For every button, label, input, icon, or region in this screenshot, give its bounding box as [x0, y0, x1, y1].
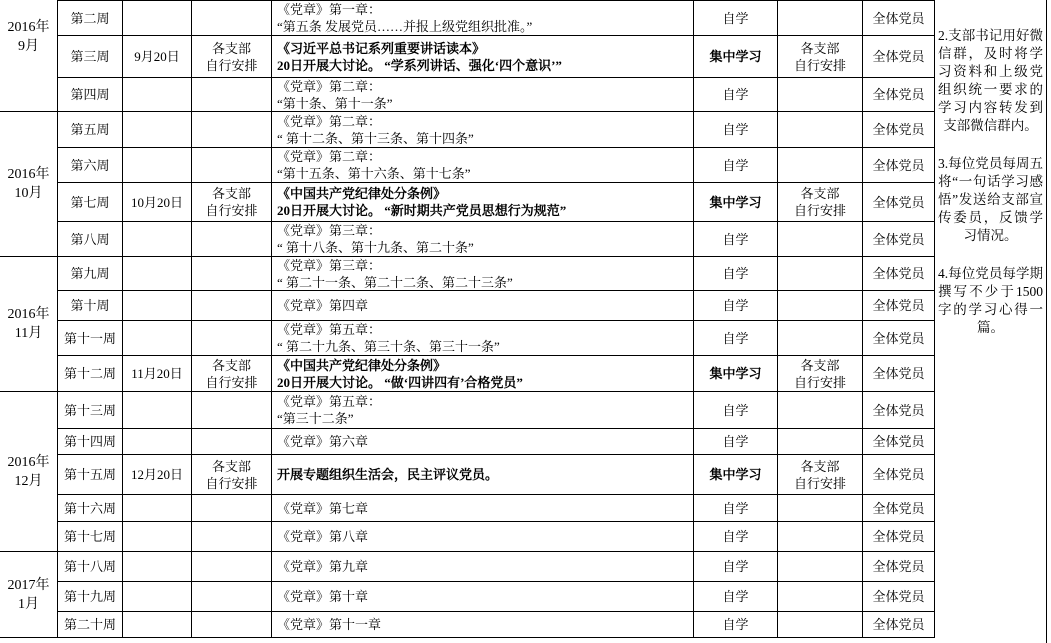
arrange2-text: 各支部 自行安排: [778, 40, 862, 74]
method-text: 自学: [694, 265, 777, 282]
month-cell: 2016年 12月: [0, 392, 57, 552]
arrange2-text: 各支部 自行安排: [778, 458, 862, 492]
arrange2-cell: [778, 321, 863, 356]
date-cell: [123, 148, 192, 183]
arrange-cell: [192, 522, 272, 552]
week-cell: 第三周: [57, 36, 123, 78]
week-cell: 第二十周: [57, 612, 123, 638]
month-label: 2016年 9月: [0, 18, 57, 56]
date-text: 12月20日: [123, 466, 191, 483]
participants-cell: 全体党员: [863, 392, 935, 429]
arrange-cell: 各支部 自行安排: [192, 36, 272, 78]
month-cell: 2016年 11月: [0, 257, 57, 392]
method-text: 自学: [694, 616, 777, 633]
participants-text: 全体党员: [863, 265, 934, 282]
participants-cell: 全体党员: [863, 183, 935, 222]
method-text: 自学: [694, 157, 777, 174]
participants-text: 全体党员: [863, 558, 934, 575]
date-cell: [123, 495, 192, 522]
participants-text: 全体党员: [863, 297, 934, 314]
method-text: 集中学习: [694, 194, 777, 211]
week-cell: 第五周: [57, 112, 123, 148]
date-cell: [123, 0, 192, 36]
participants-text: 全体党员: [863, 330, 934, 347]
month-label: 2016年 11月: [0, 305, 57, 343]
participants-cell: 全体党员: [863, 321, 935, 356]
method-cell: 自学: [694, 495, 778, 522]
note-text: 3.每位党员每周五将“一句话学习感悟”发送给支部宣传委员，反馈学习情况。: [935, 155, 1046, 245]
participants-text: 全体党员: [863, 500, 934, 517]
arrange-text: 各支部 自行安排: [192, 40, 271, 74]
arrange2-cell: [778, 222, 863, 257]
content-cell: 《中国共产党纪律处分条例》 20日开展大讨论。 “做‘四讲四有’合格党员”: [272, 356, 694, 392]
week-text: 第九周: [58, 265, 122, 282]
content-cell: 《党章》第四章: [272, 291, 694, 321]
date-cell: [123, 257, 192, 291]
arrange-cell: [192, 612, 272, 638]
participants-cell: 全体党员: [863, 522, 935, 552]
week-cell: 第十八周: [57, 552, 123, 582]
week-cell: 第六周: [57, 148, 123, 183]
arrange2-cell: [778, 291, 863, 321]
date-text: 10月20日: [123, 194, 191, 211]
participants-text: 全体党员: [863, 528, 934, 545]
arrange2-cell: [778, 112, 863, 148]
participants-cell: 全体党员: [863, 36, 935, 78]
notes-column: 2.支部书记用好微信群，及时将学习资料和上级党组织统一要求的学习内容转发到支部微…: [935, 0, 1047, 643]
participants-cell: 全体党员: [863, 582, 935, 612]
week-cell: 第十周: [57, 291, 123, 321]
month-label: 2016年 12月: [0, 453, 57, 491]
content-cell: 《党章》第二章： “第十条、第十一条”: [272, 78, 694, 112]
participants-cell: 全体党员: [863, 455, 935, 495]
month-cell: 2016年 10月: [0, 112, 57, 257]
date-cell: 11月20日: [123, 356, 192, 392]
week-text: 第十八周: [58, 558, 122, 575]
content-text: 《党章》第十一章: [277, 616, 381, 633]
method-cell: 集中学习: [694, 455, 778, 495]
week-text: 第六周: [58, 157, 122, 174]
arrange2-cell: [778, 0, 863, 36]
date-cell: [123, 112, 192, 148]
participants-cell: 全体党员: [863, 0, 935, 36]
date-cell: [123, 392, 192, 429]
method-cell: 自学: [694, 429, 778, 455]
date-cell: [123, 522, 192, 552]
arrange-cell: [192, 222, 272, 257]
arrange-cell: [192, 0, 272, 36]
date-text: 9月20日: [123, 48, 191, 65]
week-cell: 第十一周: [57, 321, 123, 356]
participants-cell: 全体党员: [863, 222, 935, 257]
method-cell: 集中学习: [694, 183, 778, 222]
week-text: 第十六周: [58, 500, 122, 517]
arrange-text: 各支部 自行安排: [192, 458, 271, 492]
week-text: 第二十周: [58, 616, 122, 633]
week-cell: 第十三周: [57, 392, 123, 429]
participants-text: 全体党员: [863, 402, 934, 419]
date-text: 11月20日: [123, 365, 191, 382]
week-text: 第十三周: [58, 402, 122, 419]
method-text: 自学: [694, 10, 777, 27]
arrange2-text: 各支部 自行安排: [778, 185, 862, 219]
arrange2-cell: 各支部 自行安排: [778, 455, 863, 495]
content-text: 《党章》第八章: [277, 528, 368, 545]
week-text: 第七周: [58, 194, 122, 211]
method-cell: 自学: [694, 148, 778, 183]
month-label: 2016年 10月: [0, 165, 57, 203]
week-text: 第五周: [58, 121, 122, 138]
date-cell: [123, 222, 192, 257]
week-cell: 第十五周: [57, 455, 123, 495]
participants-cell: 全体党员: [863, 148, 935, 183]
week-cell: 第八周: [57, 222, 123, 257]
arrange2-cell: 各支部 自行安排: [778, 356, 863, 392]
date-cell: 9月20日: [123, 36, 192, 78]
arrange2-cell: [778, 148, 863, 183]
content-text: 《党章》第二章： “第十五条、第十六条、第十七条”: [277, 148, 471, 182]
content-text: 《中国共产党纪律处分条例》 20日开展大讨论。 “新时期共产党员思想行为规范”: [277, 185, 566, 219]
content-text: 《习近平总书记系列重要讲话读本》 20日开展大讨论。 “学系列讲话、强化‘四个意…: [277, 40, 562, 74]
week-cell: 第九周: [57, 257, 123, 291]
method-cell: 自学: [694, 112, 778, 148]
participants-cell: 全体党员: [863, 612, 935, 638]
participants-text: 全体党员: [863, 48, 934, 65]
week-cell: 第十二周: [57, 356, 123, 392]
method-cell: 自学: [694, 612, 778, 638]
arrange-cell: [192, 495, 272, 522]
content-text: 《党章》第九章: [277, 558, 368, 575]
method-text: 自学: [694, 588, 777, 605]
week-cell: 第十九周: [57, 582, 123, 612]
week-text: 第十二周: [58, 365, 122, 382]
method-cell: 自学: [694, 522, 778, 552]
participants-text: 全体党员: [863, 157, 934, 174]
arrange-text: 各支部 自行安排: [192, 357, 271, 391]
arrange2-cell: [778, 257, 863, 291]
method-text: 集中学习: [694, 466, 777, 483]
arrange-cell: [192, 78, 272, 112]
method-text: 自学: [694, 330, 777, 347]
month-label: 2017年 1月: [0, 576, 57, 614]
arrange-cell: 各支部 自行安排: [192, 455, 272, 495]
week-text: 第十九周: [58, 588, 122, 605]
method-cell: 自学: [694, 321, 778, 356]
arrange-cell: [192, 392, 272, 429]
participants-text: 全体党员: [863, 433, 934, 450]
participants-text: 全体党员: [863, 10, 934, 27]
content-text: 《党章》第二章： “ 第十二条、第十三条、第十四条”: [277, 113, 474, 147]
participants-text: 全体党员: [863, 588, 934, 605]
participants-cell: 全体党员: [863, 356, 935, 392]
arrange-cell: 各支部 自行安排: [192, 356, 272, 392]
content-text: 《党章》第三章： “ 第二十一条、第二十二条、第二十三条”: [277, 257, 513, 291]
week-cell: 第七周: [57, 183, 123, 222]
month-cell: 2016年 9月: [0, 0, 57, 112]
week-text: 第十周: [58, 297, 122, 314]
content-text: 《党章》第十章: [277, 588, 368, 605]
date-cell: [123, 78, 192, 112]
method-text: 自学: [694, 402, 777, 419]
method-cell: 自学: [694, 0, 778, 36]
month-cell: 2017年 1月: [0, 552, 57, 638]
arrange-cell: [192, 429, 272, 455]
participants-cell: 全体党员: [863, 552, 935, 582]
content-cell: 《党章》第九章: [272, 552, 694, 582]
content-cell: 《党章》第三章： “ 第十八条、第十九条、第二十条”: [272, 222, 694, 257]
arrange2-cell: [778, 392, 863, 429]
content-cell: 开展专题组织生活会，民主评议党员。: [272, 455, 694, 495]
arrange-cell: 各支部 自行安排: [192, 183, 272, 222]
method-text: 自学: [694, 500, 777, 517]
participants-text: 全体党员: [863, 616, 934, 633]
method-text: 自学: [694, 558, 777, 575]
arrange-cell: [192, 148, 272, 183]
arrange2-cell: [778, 495, 863, 522]
arrange2-cell: 各支部 自行安排: [778, 183, 863, 222]
content-cell: 《党章》第二章： “ 第十二条、第十三条、第十四条”: [272, 112, 694, 148]
method-cell: 自学: [694, 582, 778, 612]
week-text: 第八周: [58, 231, 122, 248]
method-cell: 集中学习: [694, 356, 778, 392]
participants-cell: 全体党员: [863, 495, 935, 522]
content-cell: 《党章》第七章: [272, 495, 694, 522]
participants-cell: 全体党员: [863, 112, 935, 148]
method-text: 集中学习: [694, 365, 777, 382]
week-text: 第二周: [58, 10, 122, 27]
participants-cell: 全体党员: [863, 291, 935, 321]
content-cell: 《党章》第一章： “第五条 发展党员……并报上级党组织批准。”: [272, 0, 694, 36]
arrange2-cell: [778, 429, 863, 455]
week-text: 第十五周: [58, 466, 122, 483]
content-cell: 《党章》第八章: [272, 522, 694, 552]
participants-text: 全体党员: [863, 121, 934, 138]
study-plan-table: 2016年 9月2016年 10月2016年 11月2016年 12月2017年…: [0, 0, 1051, 643]
arrange2-cell: [778, 522, 863, 552]
content-text: 《党章》第四章: [277, 297, 368, 314]
content-cell: 《党章》第五章： “ 第二十九条、第三十条、第三十一条”: [272, 321, 694, 356]
date-cell: [123, 582, 192, 612]
participants-cell: 全体党员: [863, 429, 935, 455]
arrange2-cell: [778, 612, 863, 638]
content-cell: 《党章》第三章： “ 第二十一条、第二十二条、第二十三条”: [272, 257, 694, 291]
content-text: 开展专题组织生活会，民主评议党员。: [277, 466, 498, 483]
date-cell: [123, 552, 192, 582]
participants-cell: 全体党员: [863, 257, 935, 291]
content-text: 《党章》第一章： “第五条 发展党员……并报上级党组织批准。”: [277, 1, 532, 35]
content-cell: 《党章》第二章： “第十五条、第十六条、第十七条”: [272, 148, 694, 183]
method-cell: 自学: [694, 222, 778, 257]
content-text: 《党章》第二章： “第十条、第十一条”: [277, 78, 393, 112]
content-cell: 《党章》第六章: [272, 429, 694, 455]
method-text: 自学: [694, 528, 777, 545]
method-cell: 自学: [694, 291, 778, 321]
arrange2-cell: [778, 582, 863, 612]
week-text: 第十四周: [58, 433, 122, 450]
week-text: 第三周: [58, 48, 122, 65]
note-text: 4.每位党员每学期撰写不少于1500字的学习心得一篇。: [935, 265, 1046, 337]
content-text: 《党章》第五章： “ 第二十九条、第三十条、第三十一条”: [277, 321, 500, 355]
arrange2-cell: [778, 552, 863, 582]
method-text: 自学: [694, 433, 777, 450]
date-cell: [123, 429, 192, 455]
arrange-text: 各支部 自行安排: [192, 185, 271, 219]
participants-text: 全体党员: [863, 86, 934, 103]
content-cell: 《党章》第十一章: [272, 612, 694, 638]
participants-cell: 全体党员: [863, 78, 935, 112]
arrange2-text: 各支部 自行安排: [778, 357, 862, 391]
content-cell: 《党章》第十章: [272, 582, 694, 612]
date-cell: 12月20日: [123, 455, 192, 495]
content-text: 《中国共产党纪律处分条例》 20日开展大讨论。 “做‘四讲四有’合格党员”: [277, 357, 523, 391]
participants-text: 全体党员: [863, 231, 934, 248]
method-cell: 自学: [694, 78, 778, 112]
method-text: 集中学习: [694, 48, 777, 65]
week-cell: 第十四周: [57, 429, 123, 455]
arrange2-cell: 各支部 自行安排: [778, 36, 863, 78]
method-text: 自学: [694, 297, 777, 314]
arrange-cell: [192, 112, 272, 148]
date-cell: [123, 612, 192, 638]
date-cell: [123, 291, 192, 321]
arrange-cell: [192, 257, 272, 291]
method-text: 自学: [694, 121, 777, 138]
week-cell: 第十六周: [57, 495, 123, 522]
method-cell: 自学: [694, 257, 778, 291]
week-cell: 第二周: [57, 0, 123, 36]
method-cell: 自学: [694, 392, 778, 429]
content-cell: 《习近平总书记系列重要讲话读本》 20日开展大讨论。 “学系列讲话、强化‘四个意…: [272, 36, 694, 78]
method-text: 自学: [694, 86, 777, 103]
note-text: 2.支部书记用好微信群，及时将学习资料和上级党组织统一要求的学习内容转发到支部微…: [935, 27, 1046, 135]
date-cell: 10月20日: [123, 183, 192, 222]
date-cell: [123, 321, 192, 356]
arrange-cell: [192, 291, 272, 321]
content-text: 《党章》第六章: [277, 433, 368, 450]
method-cell: 集中学习: [694, 36, 778, 78]
content-cell: 《中国共产党纪律处分条例》 20日开展大讨论。 “新时期共产党员思想行为规范”: [272, 183, 694, 222]
content-cell: 《党章》第五章： “第三十二条”: [272, 392, 694, 429]
participants-text: 全体党员: [863, 466, 934, 483]
content-text: 《党章》第三章： “ 第十八条、第十九条、第二十条”: [277, 222, 474, 256]
method-text: 自学: [694, 231, 777, 248]
arrange-cell: [192, 552, 272, 582]
content-text: 《党章》第五章： “第三十二条”: [277, 393, 381, 427]
participants-text: 全体党员: [863, 365, 934, 382]
participants-text: 全体党员: [863, 194, 934, 211]
week-text: 第十七周: [58, 528, 122, 545]
method-cell: 自学: [694, 552, 778, 582]
arrange2-cell: [778, 78, 863, 112]
week-cell: 第四周: [57, 78, 123, 112]
content-text: 《党章》第七章: [277, 500, 368, 517]
week-cell: 第十七周: [57, 522, 123, 552]
week-text: 第四周: [58, 86, 122, 103]
arrange-cell: [192, 321, 272, 356]
arrange-cell: [192, 582, 272, 612]
week-text: 第十一周: [58, 330, 122, 347]
